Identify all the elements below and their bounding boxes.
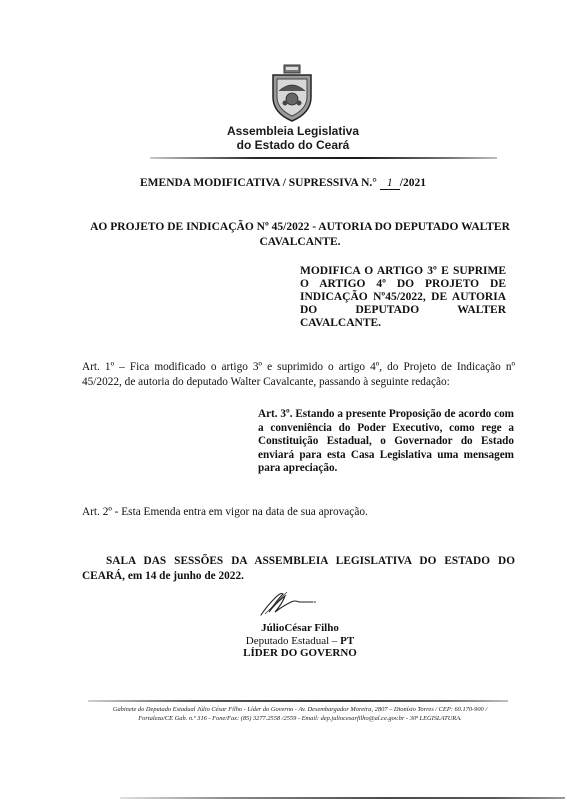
header-divider: [150, 157, 497, 159]
footer-divider: [88, 700, 508, 702]
signer-role: Deputado Estadual – PT: [220, 635, 380, 648]
signer-party: PT: [340, 635, 354, 647]
ceara-coat-of-arms-icon: [267, 63, 317, 123]
signer-block: JúlioCésar Filho Deputado Estadual – PT …: [220, 622, 380, 660]
footer-address: Gabinete do Deputado Estadual Júlio Césa…: [85, 705, 515, 723]
handwritten-signature-icon: [255, 588, 335, 618]
footer-line-2: Fortaleza/CE Gab. n.º 316 - Fone/Fax: (8…: [85, 714, 515, 723]
signer-position: LÍDER DO GOVERNO: [220, 647, 380, 660]
bottom-scan-line: [120, 797, 565, 799]
article-2: Art. 2º - Esta Emenda entra em vigor na …: [82, 505, 482, 520]
signer-role-prefix: Deputado Estadual –: [246, 635, 340, 647]
article-3-new-text: Art. 3º. Estando a presente Proposição d…: [258, 408, 514, 476]
session-room-date: SALA DAS SESSÕES DA ASSEMBLEIA LEGISLATI…: [82, 554, 515, 584]
title-prefix: EMENDA MODIFICATIVA / SUPRESSIVA N.°: [140, 177, 377, 189]
document-title: EMENDA MODIFICATIVA / SUPRESSIVA N.° 1/2…: [140, 177, 480, 190]
signer-name: JúlioCésar Filho: [220, 622, 380, 635]
title-suffix: /2021: [400, 177, 426, 189]
document-subtitle: AO PROJETO DE INDICAÇÃO Nº 45/2022 - AUT…: [90, 220, 510, 250]
footer-line-1: Gabinete do Deputado Estadual Júlio Césa…: [85, 705, 515, 714]
ementa: MODIFICA O ARTIGO 3º E SUPRIME O ARTIGO …: [300, 265, 506, 330]
article-1: Art. 1º – Fica modificado o artigo 3º e …: [82, 360, 515, 390]
institution-line-1: Assembleia Legislativa: [180, 124, 406, 138]
ementa-last: CAVALCANTE.: [300, 317, 506, 330]
title-number: 1: [380, 178, 400, 190]
institution-name: Assembleia Legislativa do Estado do Cear…: [180, 124, 406, 152]
ementa-main: MODIFICA O ARTIGO 3º E SUPRIME O ARTIGO …: [300, 265, 506, 316]
institution-line-2: do Estado do Ceará: [180, 138, 406, 152]
